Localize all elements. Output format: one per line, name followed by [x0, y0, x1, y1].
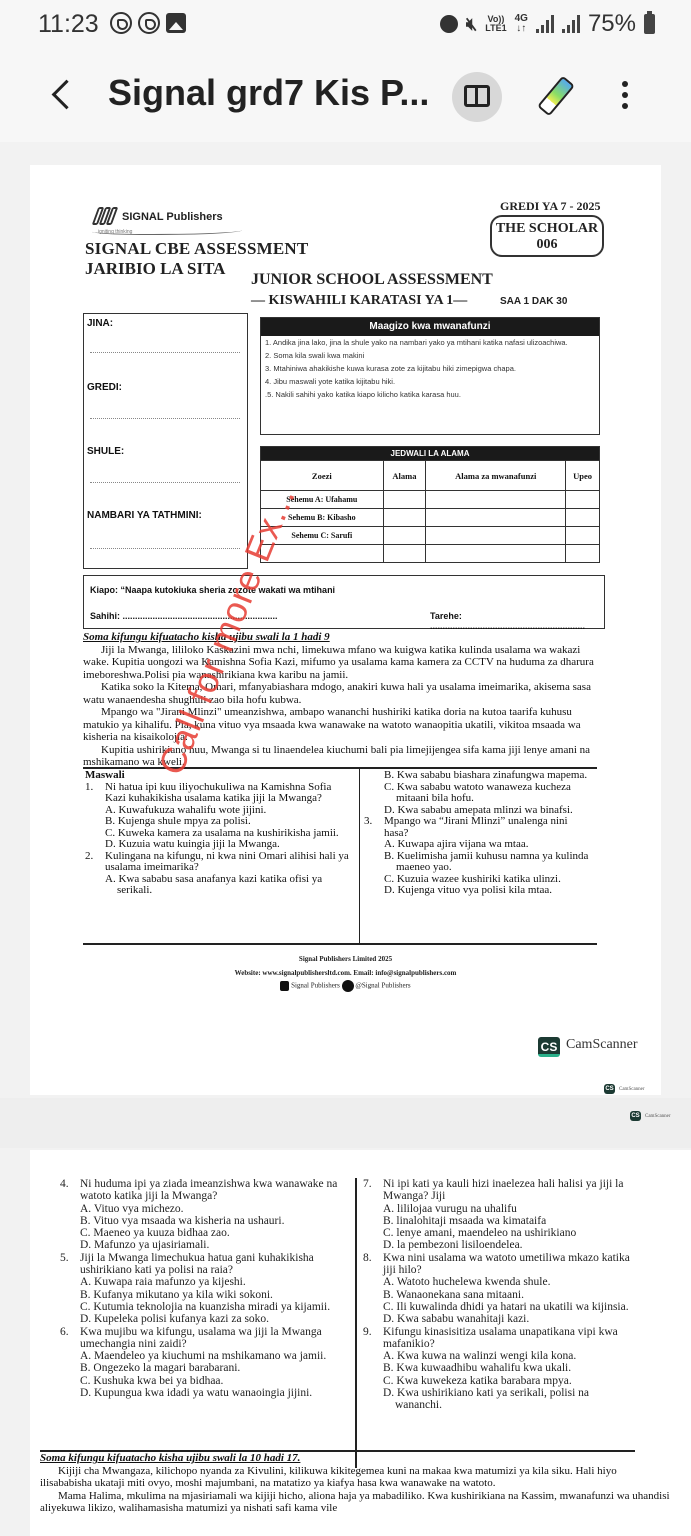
answer-option: A. Watoto huchelewa kwenda shule. [363, 1276, 635, 1288]
book-icon [464, 85, 490, 107]
page-separator: CS CamScanner [0, 1098, 691, 1148]
network-type: 4G↓↑ [515, 14, 528, 34]
logo-tagline: igniting thinking [98, 229, 132, 235]
answer-option: B. linalohitaji msaada wa kimataifa [363, 1215, 635, 1227]
gallery-icon [166, 13, 186, 33]
x-icon [342, 980, 354, 992]
answer-option: A. lililojaa vurugu na uhalifu [363, 1203, 635, 1215]
signal-icon [562, 15, 580, 33]
camscanner-watermark: CS CamScanner [538, 1037, 638, 1057]
table-row: Sehemu A: Ufahamu [261, 491, 600, 509]
footer-social: Signal Publishers @Signal Publishers [30, 980, 661, 992]
answer-option: A. Vituo vya michezo. [60, 1203, 350, 1215]
question-item: 9.Kifungu kinasisitiza usalama unapatika… [363, 1326, 635, 1412]
questions-section: Maswali 1.Ni hatua ipi kuu iliyochukuliw… [83, 767, 597, 945]
status-bar: 11:23 🔇︎ Vo))LTE1 4G↓↑ 75% [0, 0, 691, 52]
oath-box: Kiapo: “Naapa kutokiuka sheria zozote wa… [83, 575, 605, 629]
name-label: JINA: [87, 318, 113, 329]
question-text: Ni ipi kati ya kauli hizi inaelezea hali… [383, 1178, 635, 1203]
answer-option: A. Kwa sababu sasa anafanya kazi katika … [85, 874, 353, 897]
oath-text: Kiapo: “Naapa kutokiuka sheria zozote wa… [90, 585, 335, 595]
question-text: Ni hatua ipi kuu iliyochukuliwa na Kamis… [105, 782, 353, 805]
answer-option: D. Kupeleka polisi kufanya kazi za soko. [60, 1313, 350, 1325]
score-table-header: Alama [383, 461, 426, 491]
status-time: 11:23 [38, 10, 99, 39]
instruction-item: 1. Andika jina lako, jina la shule yako … [261, 336, 599, 349]
answer-option: D. Mafunzo ya ujasiriamali. [60, 1239, 350, 1251]
question-text: Kifungu kinasisitiza usalama unapatikana… [383, 1326, 635, 1351]
answer-option: B. Wanaonekana sana mitaani. [363, 1289, 635, 1301]
alarm-icon [440, 15, 458, 33]
grade-label: GREDI: [87, 382, 122, 393]
assessment-number-line [90, 548, 240, 549]
instructions-title: Maagizo kwa mwanafunzi [261, 318, 599, 336]
camscanner-icon: CS [630, 1111, 641, 1121]
reader-mode-button[interactable] [452, 72, 502, 122]
score-table-header: Alama za mwanafunzi [426, 461, 566, 491]
answer-option: A. Maendeleo ya kiuchumi na mshikamano w… [60, 1350, 350, 1362]
assessment-subtitle: JARIBIO LA SITA [85, 259, 225, 279]
more-options-button[interactable] [610, 78, 640, 118]
questions-right-column: B. Kwa sababu biashara zinafungwa mapema… [359, 769, 597, 945]
question-item: 7.Ni ipi kati ya kauli hizi inaelezea ha… [363, 1178, 635, 1252]
question-number: 7. [363, 1178, 383, 1203]
passage-paragraph: Kijiji cha Mwangaza, kilichopo nyanda za… [40, 1465, 670, 1490]
question-number: 6. [60, 1326, 80, 1351]
answer-option: A. Kuwapa ajira vijana wa mtaa. [364, 839, 593, 851]
answer-option: D. Kujenga vituo vya polisi kila mtaa. [364, 885, 593, 897]
student-info-box: JINA: GREDI: SHULE: NAMBARI YA TATHMINI: [83, 313, 248, 569]
questions-label: Maswali [85, 770, 353, 782]
table-row: Sehemu B: Kibasho [261, 509, 600, 527]
camscanner-icon: CS [538, 1037, 560, 1057]
question-item: B. Kwa sababu biashara zinafungwa mapema… [364, 770, 593, 816]
pen-icon [537, 76, 575, 117]
question-text: Kwa mujibu wa kifungu, usalama wa jiji l… [80, 1326, 350, 1351]
question-item: 6.Kwa mujibu wa kifungu, usalama wa jiji… [60, 1326, 350, 1400]
annotate-button[interactable] [536, 74, 582, 120]
table-row: Sehemu C: Sarufi [261, 527, 600, 545]
question-item: 8.Kwa nini usalama wa watoto umetiliwa m… [363, 1252, 635, 1326]
assessment-title: SIGNAL CBE ASSESSMENT [85, 239, 308, 259]
question-item: 1.Ni hatua ipi kuu iliyochukuliwa na Kam… [85, 782, 353, 851]
answer-option: C. Ili kuwalinda dhidi ya hatari na ukat… [363, 1301, 635, 1313]
passage-paragraph: Jiji la Mwanga, lililoko Kaskazini mwa n… [83, 644, 605, 682]
score-table: JEDWALI LA ALAMA Zoezi Alama Alama za mw… [260, 446, 600, 563]
questions-left-column: 4.Ni huduma ipi ya ziada imeanzishwa kwa… [60, 1178, 350, 1399]
instructions-box: Maagizo kwa mwanafunzi 1. Andika jina la… [260, 317, 600, 435]
question-text: Jiji la Mwanga limechukua hatua gani kuh… [80, 1252, 350, 1277]
answer-option: C. Maeneo ya kuuza bidhaa zao. [60, 1227, 350, 1239]
questions-left-column: Maswali 1.Ni hatua ipi kuu iliyochukuliw… [83, 769, 355, 898]
question-item: 5.Jiji la Mwanga limechukua hatua gani k… [60, 1252, 350, 1326]
question-number: 5. [60, 1252, 80, 1277]
camscanner-small-watermark: CS CamScanner [604, 1077, 645, 1095]
assessment-number-label: NAMBARI YA TATHMINI: [87, 510, 202, 521]
footer-company: Signal Publishers Limited 2025 [30, 955, 661, 963]
question-number: 8. [363, 1252, 383, 1277]
answer-option: C. lenye amani, maendeleo na ushirikiano [363, 1227, 635, 1239]
question-text: Kwa nini usalama wa watoto umetiliwa mka… [383, 1252, 635, 1277]
passage-title: Soma kifungu kifuatacho kisha ujibu swal… [40, 1452, 670, 1465]
battery-icon [644, 14, 655, 34]
name-line [90, 352, 240, 353]
mute-icon: 🔇︎ [466, 14, 477, 35]
school-line [90, 482, 240, 483]
junior-heading: JUNIOR SCHOOL ASSESSMENT [251, 271, 493, 289]
answer-option: C. Kwa sababu watoto wanaweza kucheza mi… [364, 782, 593, 805]
document-page-2[interactable]: 4.Ni huduma ipi ya ziada imeanzishwa kwa… [30, 1150, 691, 1536]
score-table-title: JEDWALI LA ALAMA [261, 447, 600, 461]
grade-line [90, 418, 240, 419]
answer-option: B. Kuelimisha jamii kuhusu namna ya kuli… [364, 851, 593, 874]
passage-paragraph: Mama Halima, mkulima na mjasiriamali wa … [40, 1490, 670, 1515]
answer-option: C. Kushuka kwa bei ya bidhaa. [60, 1375, 350, 1387]
document-page-1[interactable]: SIGNAL Publishers igniting thinking SIGN… [30, 165, 661, 1095]
answer-option: D. Kwa sababu wanahitaji kazi. [363, 1313, 635, 1325]
answer-option: B. Kwa kuwaadhibu wahalifu kwa ukali. [363, 1362, 635, 1374]
exam-duration: SAA 1 DAK 30 [500, 296, 567, 307]
question-text: Ni huduma ipi ya ziada imeanzishwa kwa w… [80, 1178, 350, 1203]
answer-option: B. Ongezeko la magari barabarani. [60, 1362, 350, 1374]
answer-option: D. la pembezoni lisiloendelea. [363, 1239, 635, 1251]
back-button[interactable] [44, 76, 84, 116]
answer-option: B. Kujenga shule mpya za polisi. [85, 816, 353, 828]
score-table-header: Upeo [566, 461, 600, 491]
answer-option: B. Kwa sababu biashara zinafungwa mapema… [364, 770, 593, 782]
question-number: 1. [85, 782, 105, 805]
answer-option: B. Vituo vya msaada wa kisheria na ushau… [60, 1215, 350, 1227]
question-text: Kulingana na kifungu, ni kwa nini Omari … [105, 851, 353, 874]
camscanner-icon: CS [604, 1084, 615, 1094]
date-line: Tarehe: ................................… [430, 611, 604, 631]
answer-option: D. Kupungua kwa idadi ya watu wanaoingia… [60, 1387, 350, 1399]
whatsapp-icon [138, 12, 160, 34]
publisher-name: SIGNAL Publishers [122, 211, 223, 223]
answer-option: D. Kwa ushirikiano kati ya serikali, pol… [363, 1387, 635, 1412]
instruction-item: 2. Soma kila swali kwa makini [261, 349, 599, 362]
answer-option: A. Kuwapa raia mafunzo ya kijeshi. [60, 1276, 350, 1288]
app-bar: Signal grd7 Kis P... [0, 52, 691, 142]
answer-option: A. Kwa kuwa na walinzi wengi kila kona. [363, 1350, 635, 1362]
answer-option: B. Kufanya mikutano ya kila wiki sokoni. [60, 1289, 350, 1301]
instruction-item: 4. Jibu maswali yote katika kijitabu hik… [261, 375, 599, 388]
facebook-icon [280, 981, 289, 991]
question-item: 3.Mpango wa “Jirani Mlinzi” unalenga nin… [364, 816, 593, 897]
instruction-item: 3. Mtahiniwa ahakikishe kuwa kurasa zote… [261, 362, 599, 375]
paper-heading: — KISWAHILI KARATASI YA 1— [251, 293, 467, 309]
table-row [261, 545, 600, 563]
more-vert-icon [622, 81, 628, 87]
grade-year: GREDI YA 7 - 2025 [500, 199, 600, 214]
whatsapp-icon [110, 12, 132, 34]
question-number: 2. [85, 851, 105, 874]
question-text: Mpango wa “Jirani Mlinzi” unalenga nini … [384, 816, 593, 839]
camscanner-small-watermark: CS CamScanner [630, 1104, 671, 1122]
answer-option: C. Kwa kuwekeza katika barabara mpya. [363, 1375, 635, 1387]
question-item: 2.Kulingana na kifungu, ni kwa nini Omar… [85, 851, 353, 897]
document-title: Signal grd7 Kis P... [108, 72, 429, 114]
question-number: 4. [60, 1178, 80, 1203]
instruction-item: .5. Nakili sahihi yako katika kiapo kili… [261, 388, 599, 401]
questions-right-column: 7.Ni ipi kati ya kauli hizi inaelezea ha… [355, 1178, 635, 1468]
footer-contact: Website: www.signalpublishersltd.com. Em… [30, 969, 661, 977]
scholar-badge: THE SCHOLAR 006 [490, 215, 604, 257]
passage-title: Soma kifungu kifuatacho kisha ujibu swal… [83, 631, 605, 644]
passage-2: Soma kifungu kifuatacho kisha ujibu swal… [40, 1452, 670, 1515]
passage-paragraph: Katika soko la Kitema, Omari, mfanyabias… [83, 681, 605, 706]
answer-option: D. Kuzuia watu kuingia jiji la Mwanga. [85, 839, 353, 851]
question-number: 9. [363, 1326, 383, 1351]
question-item: 4.Ni huduma ipi ya ziada imeanzishwa kwa… [60, 1178, 350, 1252]
signal-icon [536, 15, 554, 33]
volte-indicator: Vo))LTE1 [485, 15, 506, 33]
school-label: SHULE: [87, 446, 124, 457]
answer-option: C. Kutumia teknolojia na kuanzisha mirad… [60, 1301, 350, 1313]
question-number: 3. [364, 816, 384, 839]
battery-percent: 75% [588, 10, 636, 38]
